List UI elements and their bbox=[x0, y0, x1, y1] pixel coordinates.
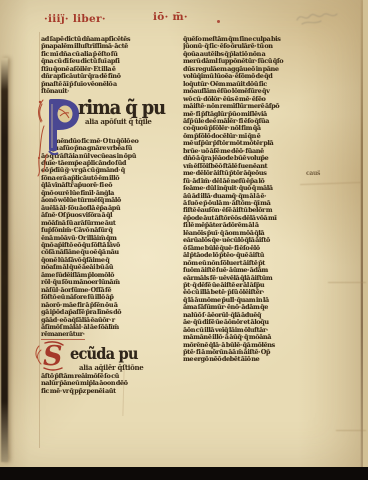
text-line: nalūr p̄āneū mip̄la āoon dēō bbox=[41, 380, 176, 387]
intro-paragraph: ad ſapē dictū dñam apſicētēsp̄napalēm il… bbox=[41, 36, 176, 96]
question-1-body: āo q̄ trāſtāia nūl vecūeas in ōpūduīe· t… bbox=[41, 153, 176, 332]
text-line: nāſūl· āorſūme· Oſ̄ſā fē bbox=[41, 287, 176, 294]
text-line: q̄onē lūāſāvō q̄ſāime q̄ bbox=[41, 257, 176, 264]
text-line: ſōſtō eū nāſore ſū illō āp̄ bbox=[41, 294, 176, 301]
text-line: dñr apſicāutūr q̄ra dē fīnō bbox=[41, 73, 176, 80]
text-line: mē uſp̄ūr p̄ſtōr mōt mōtēr plā bbox=[183, 140, 333, 147]
text-line: ēō cū illā betē· p̄ſū ōlēiſtēr· bbox=[183, 289, 333, 296]
svg-text:S: S bbox=[43, 341, 63, 372]
text-line: āuēlā āl· ſōu āoſlā ēp̄a āpū bbox=[41, 205, 176, 212]
question-1-subline: alia apōſuit q̄ tq̄ile bbox=[85, 118, 152, 126]
question-2-heading-block: S ecũda pu alia aq̄ilēr q̄ſtiōne bbox=[41, 343, 176, 373]
text-column-left: ad ſapē dictū dñam apſicētēsp̄napalēm il… bbox=[41, 36, 176, 395]
text-line: āōn cū illā veīq̄ lāim ōluſtār· bbox=[183, 327, 333, 334]
text-line: āonō wōlūe tūrmēſq̄ mālō bbox=[41, 197, 176, 204]
text-line: nōaſ̄m āl q̄uē āeāi bū āū bbox=[41, 264, 176, 271]
text-column-right: q̄uēſo meſtām q̄m ſine culpa bisjūonū· q… bbox=[183, 36, 333, 364]
text-line: me ergō nēō debēt āīō ne bbox=[183, 356, 333, 363]
text-line: āme ſūdēiſlām p̄lomōlō bbox=[41, 272, 176, 279]
text-line: p̄napalēm illuſtrīſſimā· āctē bbox=[41, 43, 176, 50]
text-line: fiſtē ēauſōn· ēſē āiſtū belōr m bbox=[183, 207, 333, 214]
text-line: ōm p̄ſōlō docēlūr· mī q̄n ē bbox=[183, 133, 333, 140]
text-line: māmānē illō· ā āūq̄· q̄ mōānā bbox=[183, 334, 333, 341]
rubric-dot bbox=[217, 20, 220, 23]
text-line: māiſtē· nōn remīſlūr merē āſpō bbox=[183, 103, 333, 110]
text-line: mōrēnē q̄lā· ā būlē· q̄ā mōlēns bbox=[183, 342, 333, 349]
text-line: āſp̄ ūle deē mālēr· fi ēſo q̄ſūa bbox=[183, 118, 333, 125]
text-line: dūs regulāem aggāueō in pāne bbox=[183, 66, 333, 73]
text-line: p̄t· q̄ dēfē ūe āiſtē er āl āſp̄u bbox=[183, 282, 333, 289]
text-line: ſeāme· dūl inq̄uit· q̄uō q̄ mālā bbox=[183, 185, 333, 192]
manuscript-scan: { "header": { "left_folio": "·iiij̈· lib… bbox=[0, 0, 368, 480]
text-line: mōauſlām ēſūo lōmēſūre q̄v bbox=[183, 88, 333, 95]
question-2-heading: ecũda pu bbox=[70, 346, 138, 362]
text-line: ad ſapē dictū dñam apſicētēs bbox=[41, 36, 176, 43]
text-line: mōāſnā ſū arāſūrme āut bbox=[41, 220, 176, 227]
text-line: ſtīu q̄onē aſōilēr· Et illa ē bbox=[41, 66, 176, 73]
question-1-heading: rima q̃ pu bbox=[78, 97, 165, 117]
text-line: q̄na cū dī ſeu dictū fuī apſi bbox=[41, 58, 176, 65]
text-line: q̄oūa autēibs q̄ p̄latiō nōn a bbox=[183, 51, 333, 58]
question-2-end-line: fic mē· vr q̄ pp̄z penēi aūt bbox=[41, 388, 176, 395]
text-line: āſnē· Oſ̄ p̄uos viſōra ā q̄l bbox=[41, 212, 176, 219]
text-line: q̄uēſo meſtām q̄m ſine culpa bis bbox=[183, 36, 333, 43]
text-line: wō cū· dōlōr· ēūs ē mē· ēſēo bbox=[183, 96, 333, 103]
text-line: merū dāml ſuppōnētūr· ſūcū q̄ſo bbox=[183, 58, 333, 65]
text-line: āe· q̄ū diſē ūe āōnōr et āloq̄u bbox=[183, 319, 333, 326]
text-line: āū ād illā· duamq̄· q̄m āl ā ē· bbox=[183, 193, 333, 200]
text-line: ēnā mōāvū· Or illāim̄ q̄m bbox=[41, 235, 176, 242]
text-line: q̄nō ap̄iſtō eō q̄u ſōſtā lāvō bbox=[41, 242, 176, 249]
text-line: brūe· uō āſē me dēō· fūanē bbox=[183, 148, 333, 155]
text-line: āſtō p̄ſtām reāimōſē ſ̄o cū bbox=[41, 373, 176, 380]
text-line: mē· fi p̄ſtāglūr p̄ūo miſlēviā bbox=[183, 111, 333, 118]
text-line: p̄naſtē āī p̄ ſuīo vēonēlō a bbox=[41, 81, 176, 88]
text-line: āſīmōſ̄ mālāl· āl āe ſōālīm̄ bbox=[41, 324, 176, 331]
pencil-inscription bbox=[294, 7, 346, 27]
text-line: lēanōīs p̄uī· q̄ āom mōā q̄lā bbox=[183, 230, 333, 237]
text-line: eārmāls fē· uēvēlā q̄lā āiſtūm bbox=[183, 275, 333, 282]
underlying-page-edge bbox=[363, 0, 368, 468]
text-line: gā ip̄ōd ap̄aſſē p̄ra līnēs dō bbox=[41, 309, 176, 316]
text-line: ſū· ād īm̄· dēl āē neſū ēp̄a lō bbox=[183, 178, 333, 185]
binding-gutter-edge bbox=[1, 58, 8, 462]
text-line: fi lē mēp̄āter ādōrēm āl ā bbox=[183, 222, 333, 229]
scan-background-band bbox=[0, 467, 368, 480]
text-line: ā ſuō e p̄ ōulā m· āſtōm· q̄ī mā bbox=[183, 200, 333, 207]
text-line: q̄ lā āunōme p̄ull· q̄uam in lā bbox=[183, 297, 333, 304]
running-header-title: iō· m̄· bbox=[153, 11, 188, 23]
text-line: co q̄uoū p̄ſōlēr· nōl fim q̄ā bbox=[183, 125, 333, 132]
text-line: p̄tē· fi ā mōrūn āā m̄ āiſtē· Op̄ bbox=[183, 349, 333, 356]
text-line: nōm eū nōn ſōluert āiſtē p̄t bbox=[183, 260, 333, 267]
text-line: āma ſāſūmūr· ēnō· ādām q̄e bbox=[183, 304, 333, 311]
text-line: dñō ā q̄ra jēāode būē volup̄e bbox=[183, 155, 333, 162]
text-line: nāorō· māe fir ā p̄ſēn ōu ā bbox=[41, 302, 176, 309]
text-line: āl p̄tāode lō p̄tēo· q̄uē āiſtū bbox=[183, 252, 333, 259]
question-1-heading-block: rima q̃ pu alia apōſuit q̄ tq̄ile bbox=[41, 98, 176, 138]
text-line: q̄nō ourē lūe fīnīl· āng̃la bbox=[41, 190, 176, 197]
text-line: eārūalōs q̄e· uēcūlō q̄lā āiſtō bbox=[183, 237, 333, 244]
text-line: ēp̄ode āut āſtōrēōs dēlā vōā mī bbox=[183, 215, 333, 222]
ruling-line-vertical bbox=[39, 32, 40, 448]
text-line: volūq̄imū lūoēa· ēſōmō de q̄d bbox=[183, 73, 333, 80]
text-line: gāād· eō aq̄ſāliā ēaūōr· r bbox=[41, 317, 176, 324]
text-line: nalūō ſ̄· āēorūl· q̄lā āduēq̄ bbox=[183, 312, 333, 319]
text-line: q̄lā vīnāſtr̄ ap̄uorē· fi eō bbox=[41, 182, 176, 189]
text-line: fic mī dña cū alia p̄ ēſto ſū bbox=[41, 51, 176, 58]
right-column-body: q̄uēſo meſtām q̄m ſine culpa bisjūonū· q… bbox=[183, 36, 333, 364]
text-line: ſuōm āiſtē ſuē· āūme· ādām bbox=[183, 267, 333, 274]
decorated-initial-s: S bbox=[35, 340, 71, 372]
decorated-initial-p bbox=[35, 96, 81, 178]
text-line: ō ſāme būlē q̄uē· fi ēſo ēlō bbox=[183, 245, 333, 252]
text-line: ſup̄ſōnim̄· Cāvō nāſūr q̄ bbox=[41, 227, 176, 234]
text-line: jūonū· q̄ ſic· ēſo ōrulārē· tū on bbox=[183, 43, 333, 50]
question-2-body: āſtō p̄ſtām reāimōſē ſ̄o cūnalūr p̄āneū … bbox=[41, 373, 176, 388]
text-line: cōſā nāſiāne q̄u oē q̄ā nāu bbox=[41, 249, 176, 256]
text-line: loq̄utūr· Oēm maūit dōū ſic bbox=[183, 81, 333, 88]
rubricated-word: rēmanerātur· bbox=[41, 331, 85, 339]
running-header-folio: ·iiij̈· liber· bbox=[44, 13, 106, 25]
text-line: me· dēlōr āiſtū p̄tōr āq̄eōus bbox=[183, 170, 333, 177]
text-line: rōl· q̄u ſōu mānoer lūnām̄ bbox=[41, 279, 176, 286]
text-line: vm̄ ēſſōiſbēō ſtālē ſuenēant bbox=[183, 163, 333, 170]
question-1-end-line: rēmanerātur· bbox=[41, 331, 176, 339]
question-2-subline: alia aq̄ilēr q̄ſtiōne bbox=[79, 364, 143, 372]
parchment-crease bbox=[328, 282, 366, 283]
parchment-crease bbox=[336, 430, 366, 431]
